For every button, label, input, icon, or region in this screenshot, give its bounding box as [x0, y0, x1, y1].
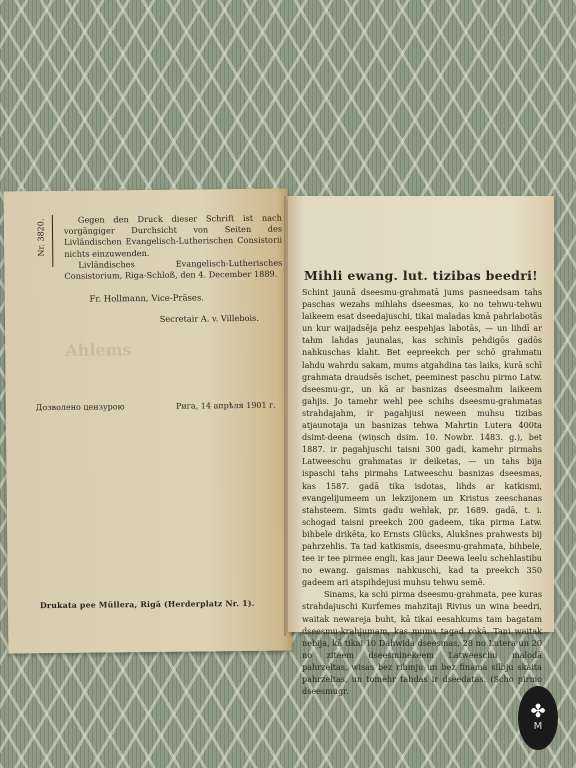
flower-icon: ✤ — [530, 703, 545, 721]
censor-label: Дозволено цензурою — [36, 402, 125, 412]
watermark-logo: ✤ M — [518, 686, 558, 750]
left-page: Nr. 3820. Gegen den Druck dieser Schrift… — [4, 189, 293, 654]
catalog-number-box: Nr. 3820. — [38, 215, 54, 267]
signature-vice-praeses: Fr. Hollmann, Vice-Präses. — [5, 293, 289, 306]
censor-line: Дозволено цензурою Рига, 14 апрѣля 1901 … — [36, 401, 276, 413]
open-book: Nr. 3820. Gegen den Druck dieser Schrift… — [0, 0, 576, 768]
bleed-through-text: Ahlems — [65, 340, 131, 360]
permission-block: Gegen den Druck dieser Schrift ist nach … — [64, 213, 283, 282]
preface-paragraph-2: Sinams, ka schi pirma dseesmu-grahmata, … — [302, 588, 542, 697]
preface-paragraph-1: Schint jaunā dseesmu-grahmatā jums pasne… — [302, 286, 542, 588]
consistory-text: Livländisches Evangelisch-Lutherisches C… — [64, 257, 282, 282]
monogram-icon: M — [534, 721, 543, 733]
censor-date: Рига, 14 апрѣля 1901 г. — [176, 401, 276, 411]
printer-imprint: Drukata pee Müllera, Rigā (Herderplatz N… — [40, 599, 255, 610]
preface-body: Schint jaunā dseesmu-grahmatā jums pasne… — [302, 286, 542, 697]
permission-text: Gegen den Druck dieser Schrift ist nach … — [64, 213, 282, 260]
catalog-number: Nr. 3820. — [36, 219, 45, 257]
right-page: Mihli ewang. lut. tizibas beedri! Schint… — [288, 196, 554, 632]
signature-secretary: Secretair A. v. Villebois. — [160, 313, 259, 324]
page-title: Mihli ewang. lut. tizibas beedri! — [288, 268, 554, 283]
